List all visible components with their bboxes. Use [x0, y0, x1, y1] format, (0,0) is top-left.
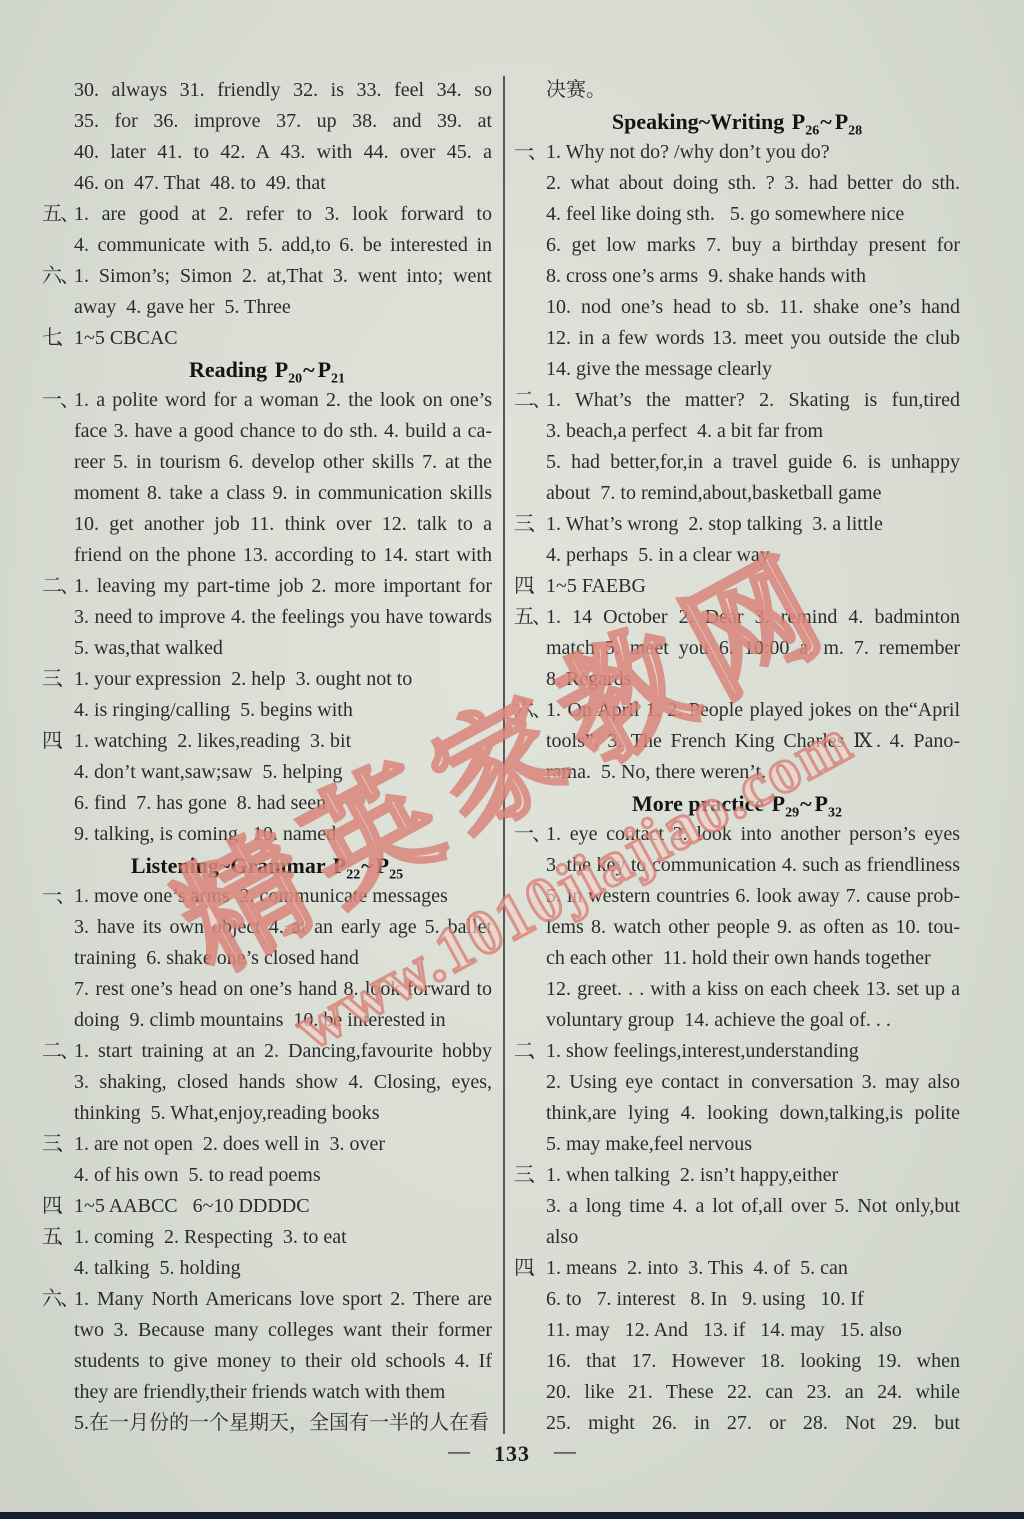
answer-text: away 4. gave her 5. Three: [74, 296, 291, 318]
answer-text: moment 8. take a class 9. in communicati…: [74, 482, 492, 504]
section-header: More practice P29~P32: [514, 788, 960, 819]
answer-line: 七、1~5 CBCAC: [42, 323, 492, 354]
answer-text: ch each other 11. hold their own hands t…: [546, 947, 931, 969]
answer-line: also: [514, 1222, 960, 1253]
answer-line: 4. is ringing/calling 5. begins with: [42, 695, 492, 726]
answer-text: two 3. Because many colleges want their …: [74, 1319, 492, 1341]
section-marker: 一、: [42, 881, 74, 912]
section-marker: 四、: [514, 571, 546, 602]
answer-line: 46. on 47. That 48. to 49. that: [42, 168, 492, 199]
section-marker: 二、: [42, 571, 74, 602]
section-header-tilde: ~: [820, 109, 831, 134]
answer-text: 12. greet. . . with a kiss on each cheek…: [546, 978, 960, 1000]
section-marker: 三、: [514, 1160, 546, 1191]
section-header-page-end: 28: [848, 123, 862, 138]
answer-line: 二、1. show feelings,interest,understandin…: [514, 1036, 960, 1067]
answer-line: 四、1. watching 2. likes,reading 3. bit: [42, 726, 492, 757]
answer-line: reer 5. in tourism 6. develop other skil…: [42, 447, 492, 478]
answer-line: 五、1. 14 October 2. Dear 3. remind 4. bad…: [514, 602, 960, 633]
answer-line: training 6. shake one’s closed hand: [42, 943, 492, 974]
answer-line: 决赛。: [514, 75, 960, 106]
answer-line: friend on the phone 13. according to 14.…: [42, 540, 492, 571]
answer-text: 1. watching 2. likes,reading 3. bit: [74, 730, 351, 752]
answer-text: students to give money to their old scho…: [74, 1350, 492, 1372]
answer-text: 30. always 31. friendly 32. is 33. feel …: [74, 79, 492, 101]
answer-text: 4. feel like doing sth. 5. go somewhere …: [546, 203, 904, 225]
answer-text: 1. start training at an 2. Dancing,favou…: [74, 1040, 492, 1062]
section-marker: 三、: [42, 1129, 74, 1160]
answer-line: 4. perhaps 5. in a clear way: [514, 540, 960, 571]
answer-text: 6. get low marks 7. buy a birthday prese…: [546, 234, 960, 256]
answer-line: 3. shaking, closed hands show 4. Closing…: [42, 1067, 492, 1098]
answer-text: 40. later 41. to 42. A 43. with 44. over…: [74, 141, 492, 163]
answer-line: 三、1. your expression 2. help 3. ought no…: [42, 664, 492, 695]
section-marker: 六、: [42, 1284, 74, 1315]
answer-text: training 6. shake one’s closed hand: [74, 947, 359, 969]
answer-line: 5. had better,for,in a travel guide 6. i…: [514, 447, 960, 478]
answer-text: 1. Why not do? /why don’t you do?: [546, 141, 830, 163]
answer-line: 6. get low marks 7. buy a birthday prese…: [514, 230, 960, 261]
answer-text: face 3. have a good chance to do sth. 4.…: [74, 420, 492, 442]
section-header: Reading P20~P21: [42, 354, 492, 385]
answer-text: 5.在一月份的一个星期天，全国有一半的人在看: [74, 1412, 489, 1434]
answer-line: away 4. gave her 5. Three: [42, 292, 492, 323]
section-header: Speaking~Writing P26~P28: [514, 106, 960, 137]
answer-line: 3. a long time 4. a lot of,all over 5. N…: [514, 1191, 960, 1222]
answer-text: 3. shaking, closed hands show 4. Closing…: [74, 1071, 492, 1093]
answer-line: 30. always 31. friendly 32. is 33. feel …: [42, 75, 492, 106]
page-number-value: 133: [494, 1441, 530, 1466]
scanned-answer-page: 30. always 31. friendly 32. is 33. feel …: [0, 0, 1024, 1519]
answer-text: 10. get another job 11. think over 12. t…: [74, 513, 492, 535]
section-header-page-label: P: [275, 357, 288, 382]
answer-line: 12. in a few words 13. meet you outside …: [514, 323, 960, 354]
answer-line: 3. have its own object 4. at an early ag…: [42, 912, 492, 943]
answer-text: they are friendly,their friends watch wi…: [74, 1381, 445, 1403]
answer-line: 一、1. eye contact 2. look into another pe…: [514, 819, 960, 850]
answer-text: think,are lying 4. looking down,talking,…: [546, 1102, 960, 1124]
answer-text: 10. nod one’s head to sb. 11. shake one’…: [546, 296, 960, 318]
answer-line: 6. find 7. has gone 8. had seen: [42, 788, 492, 819]
section-marker: 六、: [514, 695, 546, 726]
section-marker: 五、: [42, 1222, 74, 1253]
answer-text: lems 8. watch other people 9. as often a…: [546, 916, 960, 938]
answer-text: 11. may 12. And 13. if 14. may 15. also: [546, 1319, 902, 1341]
answer-line: 4. of his own 5. to read poems: [42, 1160, 492, 1191]
answer-line: 35. for 36. improve 37. up 38. and 39. a…: [42, 106, 492, 137]
answer-line: 四、1. means 2. into 3. This 4. of 5. can: [514, 1253, 960, 1284]
answer-text: 14. give the message clearly: [546, 358, 772, 380]
answer-line: 4. feel like doing sth. 5. go somewhere …: [514, 199, 960, 230]
answer-line: 25. might 26. in 27. or 28. Not 29. but: [514, 1408, 960, 1439]
answer-text: 1. What’s wrong 2. stop talking 3. a lit…: [546, 513, 883, 535]
answer-text: 1. Many North Americans love sport 2. Th…: [74, 1288, 492, 1310]
answer-line: 11. may 12. And 13. if 14. may 15. also: [514, 1315, 960, 1346]
answer-text: 9. talking, is coming 10. named: [74, 823, 336, 845]
answer-text: 1. eye contact 2. look into another pers…: [546, 823, 960, 845]
answer-line: 五、1. are good at 2. refer to 3. look for…: [42, 199, 492, 230]
column-right: 决赛。Speaking~Writing P26~P28一、1. Why not …: [514, 75, 960, 1439]
answer-text: reer 5. in tourism 6. develop other skil…: [74, 451, 492, 473]
answer-line: 6. to 7. interest 8. In 9. using 10. If: [514, 1284, 960, 1315]
answer-line: 10. get another job 11. think over 12. t…: [42, 509, 492, 540]
answer-line: 四、1~5 FAEBG: [514, 571, 960, 602]
answer-line: about 7. to remind,about,basketball game: [514, 478, 960, 509]
answer-line: 3. beach,a perfect 4. a bit far from: [514, 416, 960, 447]
section-marker: 四、: [514, 1253, 546, 1284]
answer-line: 12. greet. . . with a kiss on each cheek…: [514, 974, 960, 1005]
answer-text: 3. a long time 4. a lot of,all over 5. N…: [546, 1195, 960, 1217]
answer-line: 一、1. a polite word for a woman 2. the lo…: [42, 385, 492, 416]
answer-line: 四、1~5 AABCC 6~10 DDDDC: [42, 1191, 492, 1222]
section-marker: 一、: [42, 385, 74, 416]
answer-text: thinking 5. What,enjoy,reading books: [74, 1102, 380, 1124]
answer-line: 六、1. Simon’s; Simon 2. at,That 3. went i…: [42, 261, 492, 292]
section-header-page-label: P: [376, 853, 389, 878]
answer-line: 8. cross one’s arms 9. shake hands with: [514, 261, 960, 292]
answer-text: 20. like 21. These 22. can 23. an 24. wh…: [546, 1381, 960, 1403]
answer-text: 3. the key to communication 4. such as f…: [546, 854, 960, 876]
answer-text: 1. move one’s arms 2. communicate messag…: [74, 885, 448, 907]
answer-text: 1. What’s the matter? 2. Skating is fun,…: [546, 389, 960, 411]
answer-line: tools”. 3. The French King Charles Ⅸ. 4.…: [514, 726, 960, 757]
answer-text: 5. may make,feel nervous: [546, 1133, 752, 1155]
answer-line: voluntary group 14. achieve the goal of.…: [514, 1005, 960, 1036]
section-header-title: Speaking~Writing: [612, 109, 784, 134]
answer-text: 12. in a few words 13. meet you outside …: [546, 327, 960, 349]
answer-text: 3. need to improve 4. the feelings you h…: [74, 606, 492, 628]
answer-line: 二、1. What’s the matter? 2. Skating is fu…: [514, 385, 960, 416]
section-marker: 七、: [42, 323, 74, 354]
answer-text: 1. On April 1. 2. People played jokes on…: [546, 699, 960, 721]
answer-line: 4. communicate with 5. add,to 6. be inte…: [42, 230, 492, 261]
answer-text: 4. of his own 5. to read poems: [74, 1164, 321, 1186]
answer-text: 3. have its own object 4. at an early ag…: [74, 916, 492, 938]
answer-text: 2. Using eye contact in conversation 3. …: [546, 1071, 960, 1093]
answer-text: 2. what about doing sth. ? 3. had better…: [546, 172, 960, 194]
answer-line: 10. nod one’s head to sb. 11. shake one’…: [514, 292, 960, 323]
answer-line: 20. like 21. These 22. can 23. an 24. wh…: [514, 1377, 960, 1408]
answer-text: 8. Regards: [546, 668, 632, 690]
section-marker: 四、: [42, 1191, 74, 1222]
section-header-page-label: P: [318, 357, 331, 382]
answer-line: students to give money to their old scho…: [42, 1346, 492, 1377]
answer-text: 4. don’t want,saw;saw 5. helping: [74, 761, 343, 783]
section-marker: 三、: [42, 664, 74, 695]
answer-line: 5. in western countries 6. look away 7. …: [514, 881, 960, 912]
answer-text: 5. was,that walked: [74, 637, 223, 659]
answer-text: 5. had better,for,in a travel guide 6. i…: [546, 451, 960, 473]
section-header-page-label: P: [835, 109, 848, 134]
section-header-title: More practice: [632, 791, 764, 816]
section-header-title: Listening~Grammar: [131, 853, 325, 878]
answer-line: they are friendly,their friends watch wi…: [42, 1377, 492, 1408]
section-header-page-label: P: [815, 791, 828, 816]
page-number: —133—: [0, 1441, 1024, 1467]
section-marker: 四、: [42, 726, 74, 757]
answer-line: think,are lying 4. looking down,talking,…: [514, 1098, 960, 1129]
answer-line: 2. what about doing sth. ? 3. had better…: [514, 168, 960, 199]
answer-text: 4. perhaps 5. in a clear way: [546, 544, 770, 566]
answer-text: 25. might 26. in 27. or 28. Not 29. but: [546, 1412, 960, 1434]
answer-line: 六、1. Many North Americans love sport 2. …: [42, 1284, 492, 1315]
answer-text: 1. leaving my part-time job 2. more impo…: [74, 575, 492, 597]
answer-text: match 5. meet you 6. 10:00 a. m. 7. reme…: [546, 637, 960, 659]
section-marker: 二、: [514, 385, 546, 416]
answer-line: 2. Using eye contact in conversation 3. …: [514, 1067, 960, 1098]
answer-line: 三、1. What’s wrong 2. stop talking 3. a l…: [514, 509, 960, 540]
section-header-page-label: P: [792, 109, 805, 134]
section-header-page-label: P: [333, 853, 346, 878]
answer-line: 二、1. leaving my part-time job 2. more im…: [42, 571, 492, 602]
answer-text: doing 9. climb mountains 10. be interest…: [74, 1009, 446, 1031]
section-marker: 一、: [514, 819, 546, 850]
answer-line: 16. that 17. However 18. looking 19. whe…: [514, 1346, 960, 1377]
section-header-tilde: ~: [800, 791, 811, 816]
column-left: 30. always 31. friendly 32. is 33. feel …: [42, 75, 492, 1439]
answer-text: 1. are good at 2. refer to 3. look forwa…: [74, 203, 492, 225]
answer-text: 3. beach,a perfect 4. a bit far from: [546, 420, 823, 442]
bottom-scan-edge: [0, 1512, 1024, 1519]
answer-line: 4. don’t want,saw;saw 5. helping: [42, 757, 492, 788]
section-marker: 一、: [514, 137, 546, 168]
section-header-page-label: P: [772, 791, 785, 816]
answer-line: 三、1. when talking 2. isn’t happy,either: [514, 1160, 960, 1191]
answer-text: 46. on 47. That 48. to 49. that: [74, 172, 326, 194]
answer-text: 1. when talking 2. isn’t happy,either: [546, 1164, 838, 1186]
column-divider: [503, 76, 505, 1434]
answer-text: 1. Simon’s; Simon 2. at,That 3. went int…: [74, 265, 492, 287]
answer-text: 1. 14 October 2. Dear 3. remind 4. badmi…: [546, 606, 960, 628]
answer-text: 1. are not open 2. does well in 3. over: [74, 1133, 385, 1155]
answer-text: rama. 5. No, there weren’t.: [546, 761, 766, 783]
answer-line: lems 8. watch other people 9. as often a…: [514, 912, 960, 943]
answer-text: 1. coming 2. Respecting 3. to eat: [74, 1226, 347, 1248]
answer-text: 7. rest one’s head on one’s hand 8. look…: [74, 978, 492, 1000]
page-number-dash-right: —: [554, 1438, 576, 1463]
answer-line: two 3. Because many colleges want their …: [42, 1315, 492, 1346]
answer-text: 4. is ringing/calling 5. begins with: [74, 699, 353, 721]
answer-text: 16. that 17. However 18. looking 19. whe…: [546, 1350, 960, 1372]
answer-line: 五、1. coming 2. Respecting 3. to eat: [42, 1222, 492, 1253]
answer-text: friend on the phone 13. according to 14.…: [74, 544, 492, 566]
answer-line: 7. rest one’s head on one’s hand 8. look…: [42, 974, 492, 1005]
answer-line: 4. talking 5. holding: [42, 1253, 492, 1284]
answer-text: 35. for 36. improve 37. up 38. and 39. a…: [74, 110, 492, 132]
answer-text: voluntary group 14. achieve the goal of.…: [546, 1009, 891, 1031]
answer-line: face 3. have a good chance to do sth. 4.…: [42, 416, 492, 447]
answer-line: thinking 5. What,enjoy,reading books: [42, 1098, 492, 1129]
section-marker: 五、: [42, 199, 74, 230]
section-header-tilde: ~: [303, 357, 314, 382]
answer-line: 一、1. Why not do? /why don’t you do?: [514, 137, 960, 168]
answer-line: 5. was,that walked: [42, 633, 492, 664]
answer-line: 40. later 41. to 42. A 43. with 44. over…: [42, 137, 492, 168]
answer-text: 6. find 7. has gone 8. had seen: [74, 792, 326, 814]
answer-line: 二、1. start training at an 2. Dancing,fav…: [42, 1036, 492, 1067]
answer-text: 决赛。: [546, 79, 606, 101]
answer-line: doing 9. climb mountains 10. be interest…: [42, 1005, 492, 1036]
section-header: Listening~Grammar P22~P25: [42, 850, 492, 881]
answer-line: 14. give the message clearly: [514, 354, 960, 385]
answer-line: 3. need to improve 4. the feelings you h…: [42, 602, 492, 633]
answer-line: 9. talking, is coming 10. named: [42, 819, 492, 850]
answer-text: 1. your expression 2. help 3. ought not …: [74, 668, 412, 690]
section-marker: 二、: [42, 1036, 74, 1067]
section-marker: 三、: [514, 509, 546, 540]
answer-line: match 5. meet you 6. 10:00 a. m. 7. reme…: [514, 633, 960, 664]
answer-line: 3. the key to communication 4. such as f…: [514, 850, 960, 881]
answer-line: rama. 5. No, there weren’t.: [514, 757, 960, 788]
page-number-dash-left: —: [448, 1438, 470, 1463]
answer-line: moment 8. take a class 9. in communicati…: [42, 478, 492, 509]
section-header-title: Reading: [189, 357, 267, 382]
section-header-tilde: ~: [361, 853, 372, 878]
answer-text: also: [546, 1226, 578, 1248]
answer-text: 1~5 CBCAC: [74, 327, 178, 349]
answer-text: tools”. 3. The French King Charles Ⅸ. 4.…: [546, 730, 960, 752]
answer-line: 5. may make,feel nervous: [514, 1129, 960, 1160]
answer-text: 1~5 FAEBG: [546, 575, 646, 597]
answer-line: 5.在一月份的一个星期天，全国有一半的人在看: [42, 1408, 492, 1439]
answer-text: 1. means 2. into 3. This 4. of 5. can: [546, 1257, 848, 1279]
answer-text: about 7. to remind,about,basketball game: [546, 482, 881, 504]
answer-text: 4. talking 5. holding: [74, 1257, 241, 1279]
answer-text: 1. show feelings,interest,understanding: [546, 1040, 859, 1062]
section-marker: 六、: [42, 261, 74, 292]
section-marker: 五、: [514, 602, 546, 633]
answer-line: 8. Regards: [514, 664, 960, 695]
answer-text: 1. a polite word for a woman 2. the look…: [74, 389, 492, 411]
answer-text: 1~5 AABCC 6~10 DDDDC: [74, 1195, 310, 1217]
answer-line: 六、1. On April 1. 2. People played jokes …: [514, 695, 960, 726]
answer-text: 4. communicate with 5. add,to 6. be inte…: [74, 234, 492, 256]
answer-text: 5. in western countries 6. look away 7. …: [546, 885, 960, 907]
answer-line: ch each other 11. hold their own hands t…: [514, 943, 960, 974]
answer-line: 三、1. are not open 2. does well in 3. ove…: [42, 1129, 492, 1160]
section-marker: 二、: [514, 1036, 546, 1067]
answer-text: 8. cross one’s arms 9. shake hands with: [546, 265, 866, 287]
answer-text: 6. to 7. interest 8. In 9. using 10. If: [546, 1288, 864, 1310]
answer-line: 一、1. move one’s arms 2. communicate mess…: [42, 881, 492, 912]
